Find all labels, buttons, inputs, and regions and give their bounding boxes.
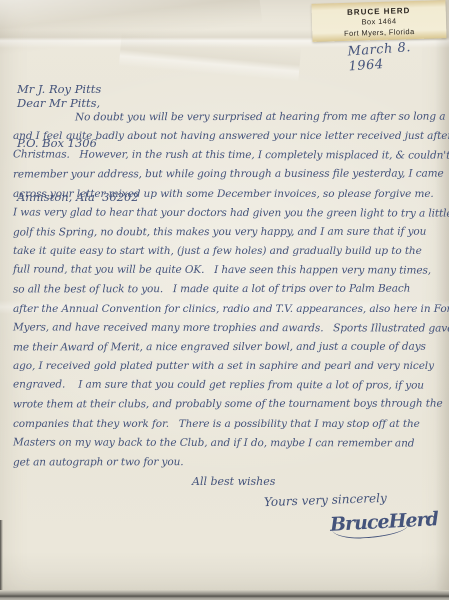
paper-crease <box>119 32 301 82</box>
valediction: Yours very sincerely <box>264 491 387 509</box>
body-line: wrote them at their clubs, and probably … <box>13 395 449 415</box>
return-address-label: BRUCE HERD Box 1464 Fort Myers, Florida <box>311 0 446 42</box>
body-line: take it quite easy to start with, (just … <box>13 242 449 261</box>
body-line: across your letter mixed up with some De… <box>13 185 449 204</box>
closing-wishes: All best wishes <box>192 475 275 488</box>
paper-edge-shadow <box>0 520 3 595</box>
letter-paper: BRUCE HERD Box 1464 Fort Myers, Florida … <box>0 0 449 600</box>
body-line: so all the best of luck to you. I made q… <box>13 280 449 300</box>
letter-date: March 8. 1964 <box>347 38 449 75</box>
body-line: No doubt you will be very surprised at h… <box>13 108 449 128</box>
body-line: Christmas. However, in the rush at this … <box>13 146 449 166</box>
body-line: I was very glad to hear that your doctor… <box>13 203 449 223</box>
body-line: golf this Spring, no doubt, this makes y… <box>13 222 449 242</box>
body-line: after the Annual Convention for clinics,… <box>13 300 449 319</box>
body-line: full round, that you will be quite OK. I… <box>13 261 449 281</box>
body-line: get an autograph or two for you. <box>13 452 449 472</box>
body-line: engraved. I am sure that you could get r… <box>13 376 449 396</box>
body-line: and I feel quite badly about not having … <box>13 127 449 146</box>
letter-body: No doubt you will be very surprised at h… <box>13 108 449 472</box>
body-line: remember your address, but while going t… <box>13 165 449 185</box>
body-line: Myers, and have received many more troph… <box>13 318 449 338</box>
body-line: companies that they work for. There is a… <box>13 415 449 434</box>
body-line: ago, I received gold plated putter with … <box>13 357 449 376</box>
paper-bottom-edge <box>0 590 449 600</box>
body-line: Masters on my way back to the Club, and … <box>13 433 449 453</box>
body-line: me their Award of Merit, a nice engraved… <box>13 337 449 357</box>
